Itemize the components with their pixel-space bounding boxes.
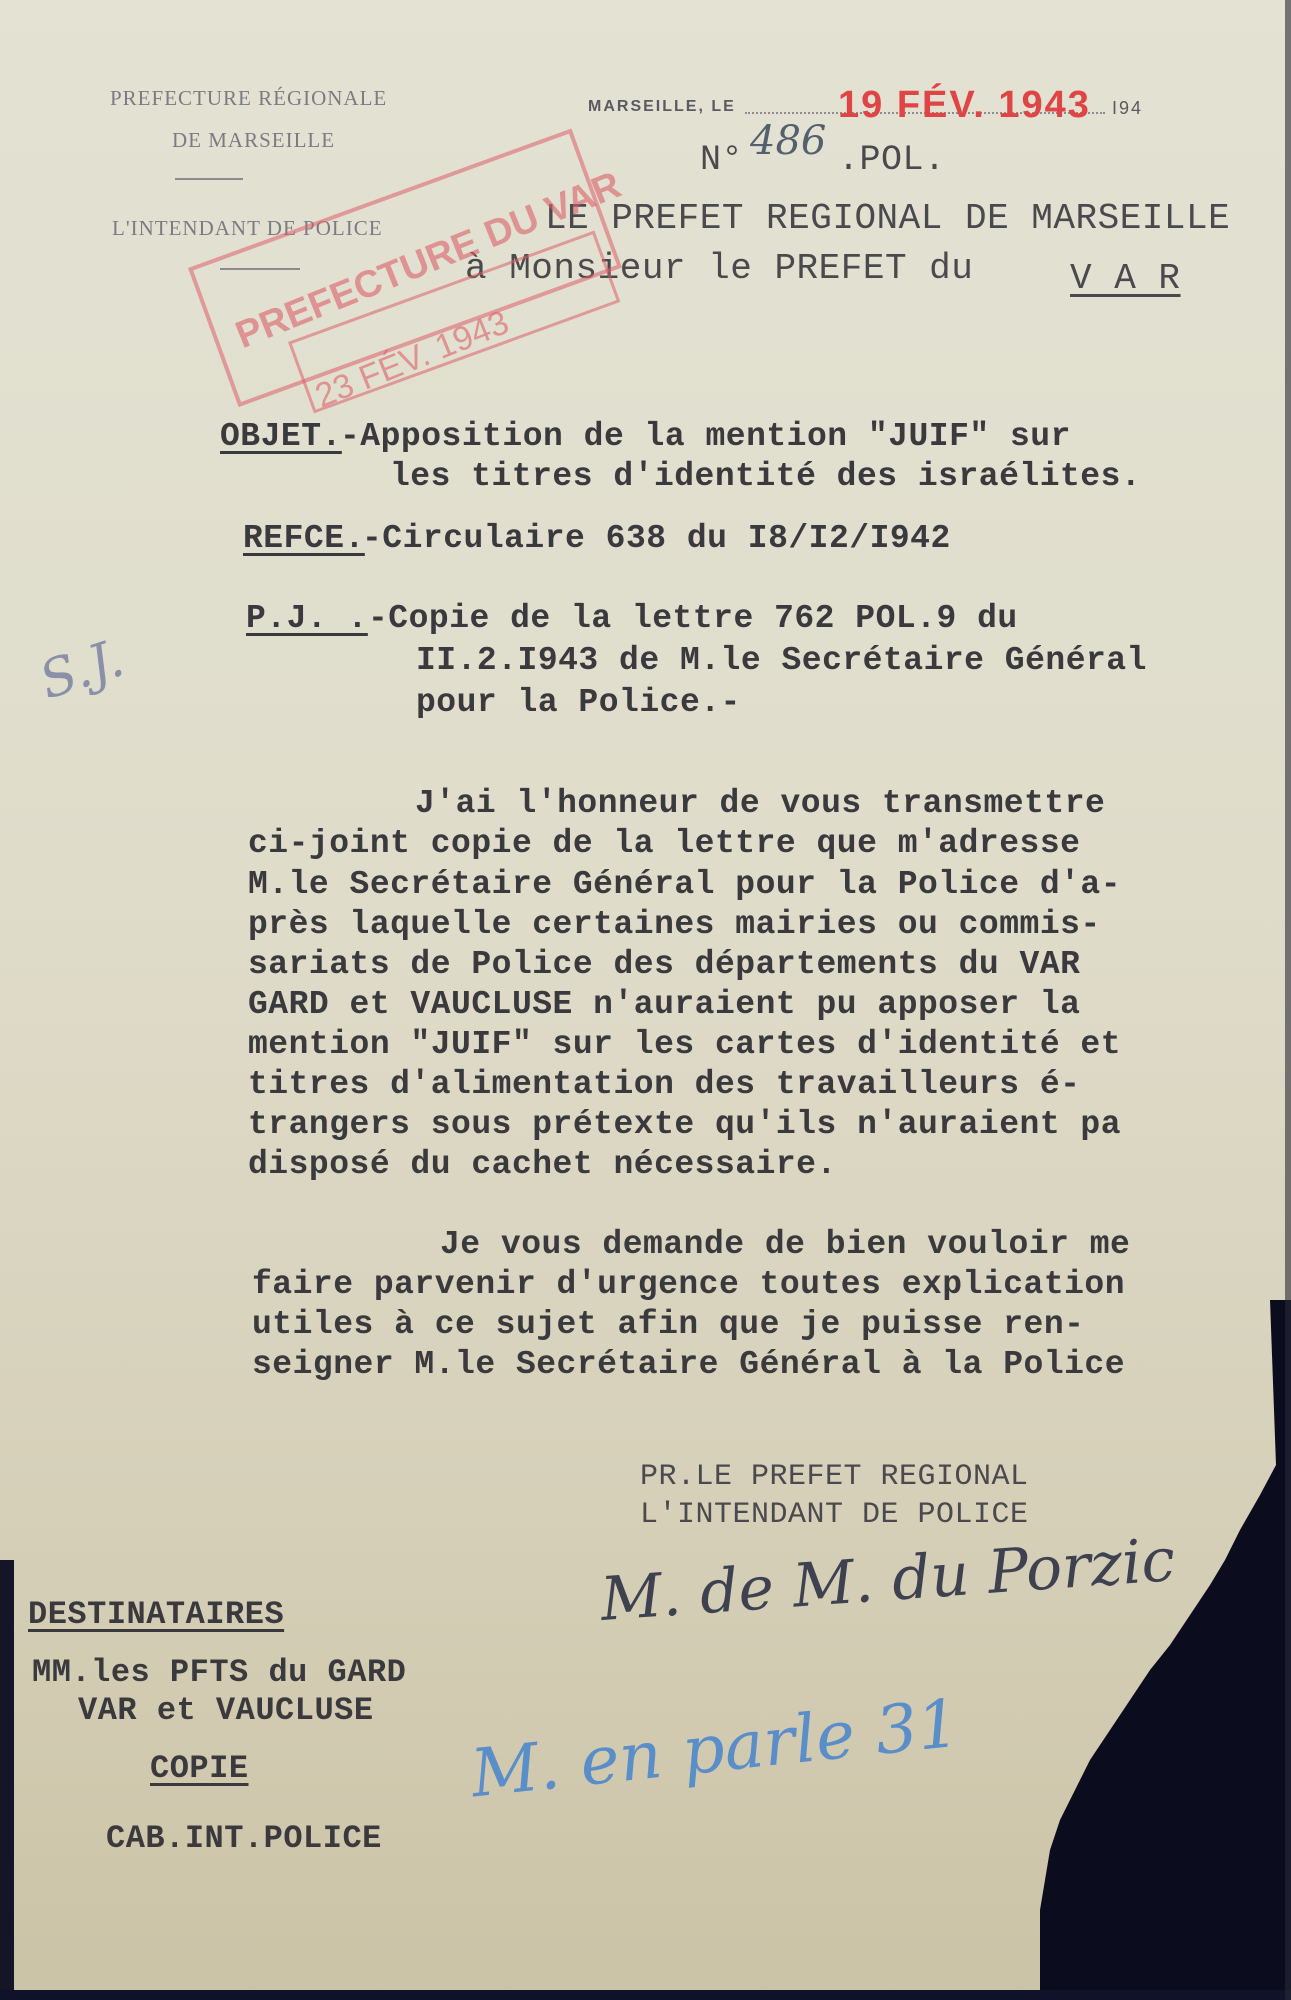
- body-p2-line-1: Je vous demande de bien vouloir me: [440, 1226, 1130, 1263]
- ref-number-prefix: N°: [700, 140, 743, 180]
- dateline-year-suffix: I94: [1112, 98, 1143, 119]
- letterhead-divider: [175, 178, 243, 180]
- body-p1-line-3: M.le Secrétaire Général pour la Police d…: [248, 866, 1121, 903]
- subject-label: OBJET.: [220, 418, 342, 455]
- date-stamp: 19 FÉV. 1943: [838, 84, 1091, 127]
- frame-bottom-edge: [0, 1990, 1291, 2000]
- body-p1-line-10: disposé du cachet nécessaire.: [248, 1146, 837, 1183]
- ref-number-handwritten: 486: [750, 118, 826, 164]
- distribution-heading: DESTINATAIRES: [28, 1596, 284, 1633]
- body-p2-line-3: utiles à ce sujet afin que je puisse ren…: [252, 1306, 1084, 1343]
- body-p2-line-2: faire parvenir d'urgence toutes explicat…: [252, 1266, 1125, 1303]
- frame-left-edge: [0, 1560, 14, 2000]
- signature-title-1: PR.LE PREFET REGIONAL: [640, 1460, 1029, 1494]
- letterhead-city: DE MARSEILLE: [172, 128, 335, 153]
- body-p1-line-2: ci-joint copie de la lettre que m'adress…: [248, 825, 1080, 862]
- attachment-line-1: -Copie de la lettre 762 POL.9 du: [368, 600, 1018, 637]
- subject-line-2: les titres d'identité des israélites.: [390, 458, 1141, 495]
- body-p1-line-6: GARD et VAUCLUSE n'auraient pu apposer l…: [248, 986, 1080, 1023]
- distribution-line-1: MM.les PFTS du GARD: [32, 1654, 406, 1691]
- body-p1-line-4: près laquelle certaines mairies ou commi…: [248, 906, 1101, 943]
- copy-recipient: CAB.INT.POLICE: [106, 1820, 382, 1857]
- recipient-department: V A R: [1070, 258, 1181, 299]
- reference-text: -Circulaire 638 du I8/I2/I942: [362, 520, 951, 557]
- signature-title-2: L'INTENDANT DE POLICE: [640, 1498, 1029, 1532]
- body-p1-line-1: J'ai l'honneur de vous transmettre: [415, 785, 1105, 822]
- dateline-prefix: MARSEILLE, LE: [588, 98, 736, 116]
- reference-label: REFCE.: [243, 520, 365, 557]
- copy-label: COPIE: [150, 1750, 249, 1787]
- distribution-line-2: VAR et VAUCLUSE: [78, 1692, 374, 1729]
- body-p2-line-4: seigner M.le Secrétaire Général à la Pol…: [252, 1346, 1125, 1383]
- ref-number-suffix: .POL.: [838, 140, 946, 180]
- attachment-label: P.J. .: [246, 600, 368, 637]
- body-p1-line-9: trangers sous prétexte qu'ils n'auraient…: [248, 1106, 1121, 1143]
- body-p1-line-7: mention "JUIF" sur les cartes d'identité…: [248, 1026, 1121, 1063]
- frame-right-edge: [1285, 0, 1291, 2000]
- subject-line-1: -Apposition de la mention "JUIF" sur: [340, 418, 1071, 455]
- attachment-line-3: pour la Police.-: [416, 684, 741, 721]
- body-p1-line-5: sariats de Police des départements du VA…: [248, 946, 1080, 983]
- attachment-line-2: II.2.I943 de M.le Secrétaire Général: [416, 642, 1147, 679]
- body-p1-line-8: titres d'alimentation des travailleurs é…: [248, 1066, 1080, 1103]
- sender: LE PREFET REGIONAL DE MARSEILLE: [545, 198, 1230, 239]
- letterhead-prefecture: PREFECTURE RÉGIONALE: [110, 86, 387, 111]
